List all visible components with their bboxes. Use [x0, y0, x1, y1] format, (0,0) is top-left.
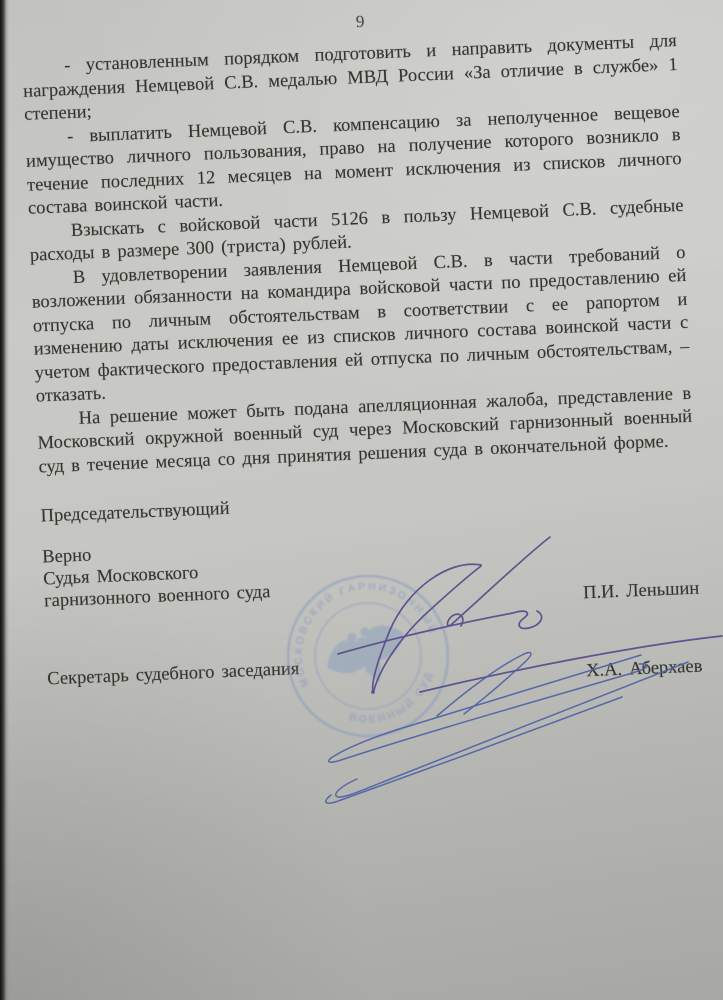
secretary-label: Секретарь судебного заседания — [47, 658, 300, 690]
judge-name: П.И. Леньшин — [583, 578, 700, 605]
secretary-name: Х.А. Аберхаев — [586, 656, 703, 683]
signature-block: Председательствующий Верно Судья Московс… — [40, 479, 702, 691]
document-page: 9 - установленным порядком подготовить и… — [0, 0, 723, 691]
presiding-label: Председательствующий — [40, 479, 695, 528]
paragraph-refusal: В удовлетворении заявления Немцевой С.В.… — [30, 241, 690, 409]
document-photo: 9 - установленным порядком подготовить и… — [0, 0, 723, 1000]
photo-left-edge — [0, 0, 9, 1000]
decision-text: - установленным порядком подготовить и н… — [22, 30, 702, 690]
